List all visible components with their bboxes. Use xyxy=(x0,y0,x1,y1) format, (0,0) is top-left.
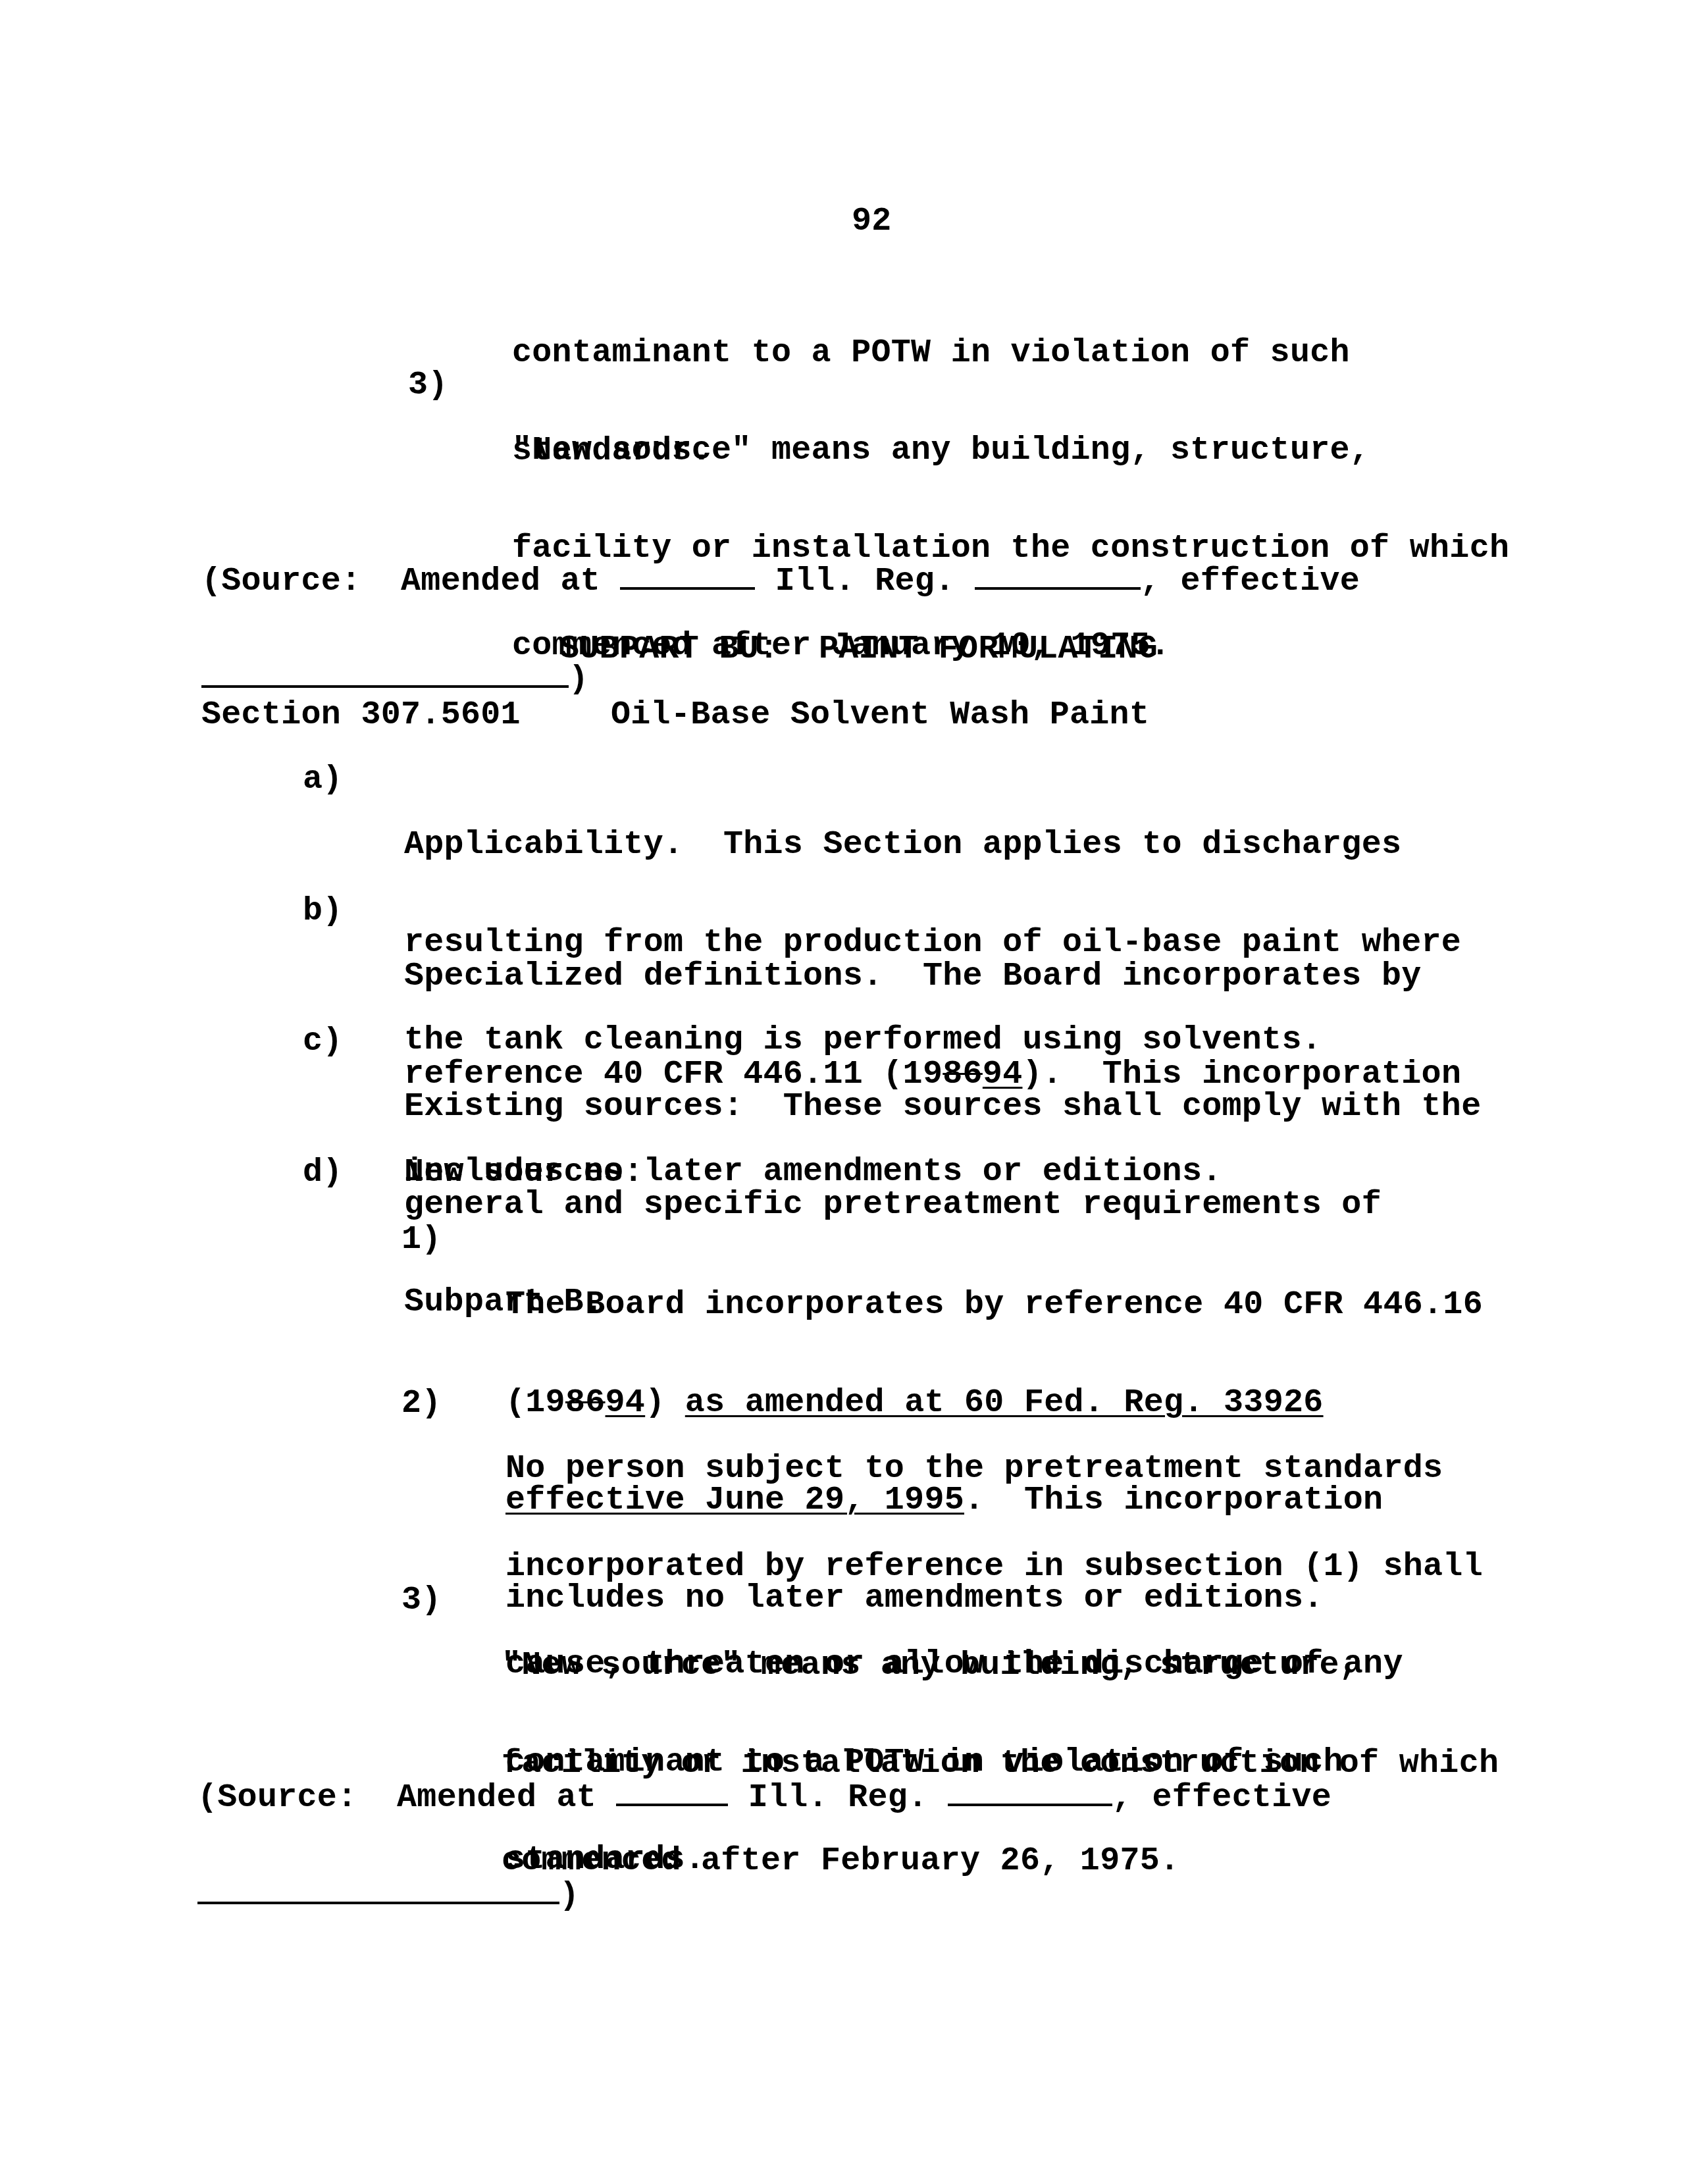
source-mid: Ill. Reg. xyxy=(775,563,955,600)
text-line: "New source" means any building, structu… xyxy=(512,434,1509,467)
item-label-1: 1) xyxy=(401,1224,442,1257)
blank-effective-date xyxy=(201,663,569,688)
subsection-label-c: c) xyxy=(303,1026,343,1058)
text-line: contaminant to a POTW in violation of su… xyxy=(512,337,1350,370)
item-label-2: 2) xyxy=(401,1388,442,1420)
subsection-label-d: d) xyxy=(303,1157,343,1189)
source-suffix: , effective xyxy=(1112,1779,1331,1817)
subsection-label-b: b) xyxy=(303,895,343,928)
text-line: No person subject to the pretreatment st… xyxy=(505,1453,1483,1486)
text-line: "New source" means any building, structu… xyxy=(502,1650,1499,1682)
blank-effective-date xyxy=(197,1879,559,1904)
page-number: 92 xyxy=(852,205,892,238)
source-prefix: (Source: Amended at xyxy=(197,1779,596,1817)
source-note: (Source: Amended at Ill. Reg. , effectiv… xyxy=(197,1716,1331,1944)
source-note: (Source: Amended at Ill. Reg. , effectiv… xyxy=(201,500,1360,728)
subsection-label-a: a) xyxy=(303,764,343,796)
text-line: incorporated by reference in subsection … xyxy=(505,1551,1483,1584)
blank-ill-reg-volume xyxy=(616,1781,728,1806)
section-title: Oil-Base Solvent Wash Paint xyxy=(611,699,1149,732)
text-line: Existing sources: These sources shall co… xyxy=(404,1091,1481,1124)
text-line: Applicability. This Section applies to d… xyxy=(404,829,1461,862)
blank-ill-reg-volume xyxy=(620,565,755,590)
source-closing: ) xyxy=(559,1877,579,1915)
text-line: general and specific pretreatment requir… xyxy=(404,1189,1481,1222)
item-label-3: 3) xyxy=(401,1584,442,1617)
source-mid: Ill. Reg. xyxy=(748,1779,928,1817)
blank-ill-reg-page xyxy=(975,565,1141,590)
subpart-heading: SUBPART BU: PAINT FORMULATING xyxy=(559,633,1158,666)
source-suffix: , effective xyxy=(1141,563,1360,600)
blank-ill-reg-page xyxy=(948,1781,1112,1806)
text-line: Specialized definitions. The Board incor… xyxy=(404,960,1461,993)
text-line: The Board incorporates by reference 40 C… xyxy=(505,1289,1483,1322)
new-sources-heading: New sources: xyxy=(404,1157,644,1189)
source-prefix: (Source: Amended at xyxy=(201,563,600,600)
item-label: 3) xyxy=(408,369,448,402)
section-number: Section 307.5601 xyxy=(201,699,521,732)
